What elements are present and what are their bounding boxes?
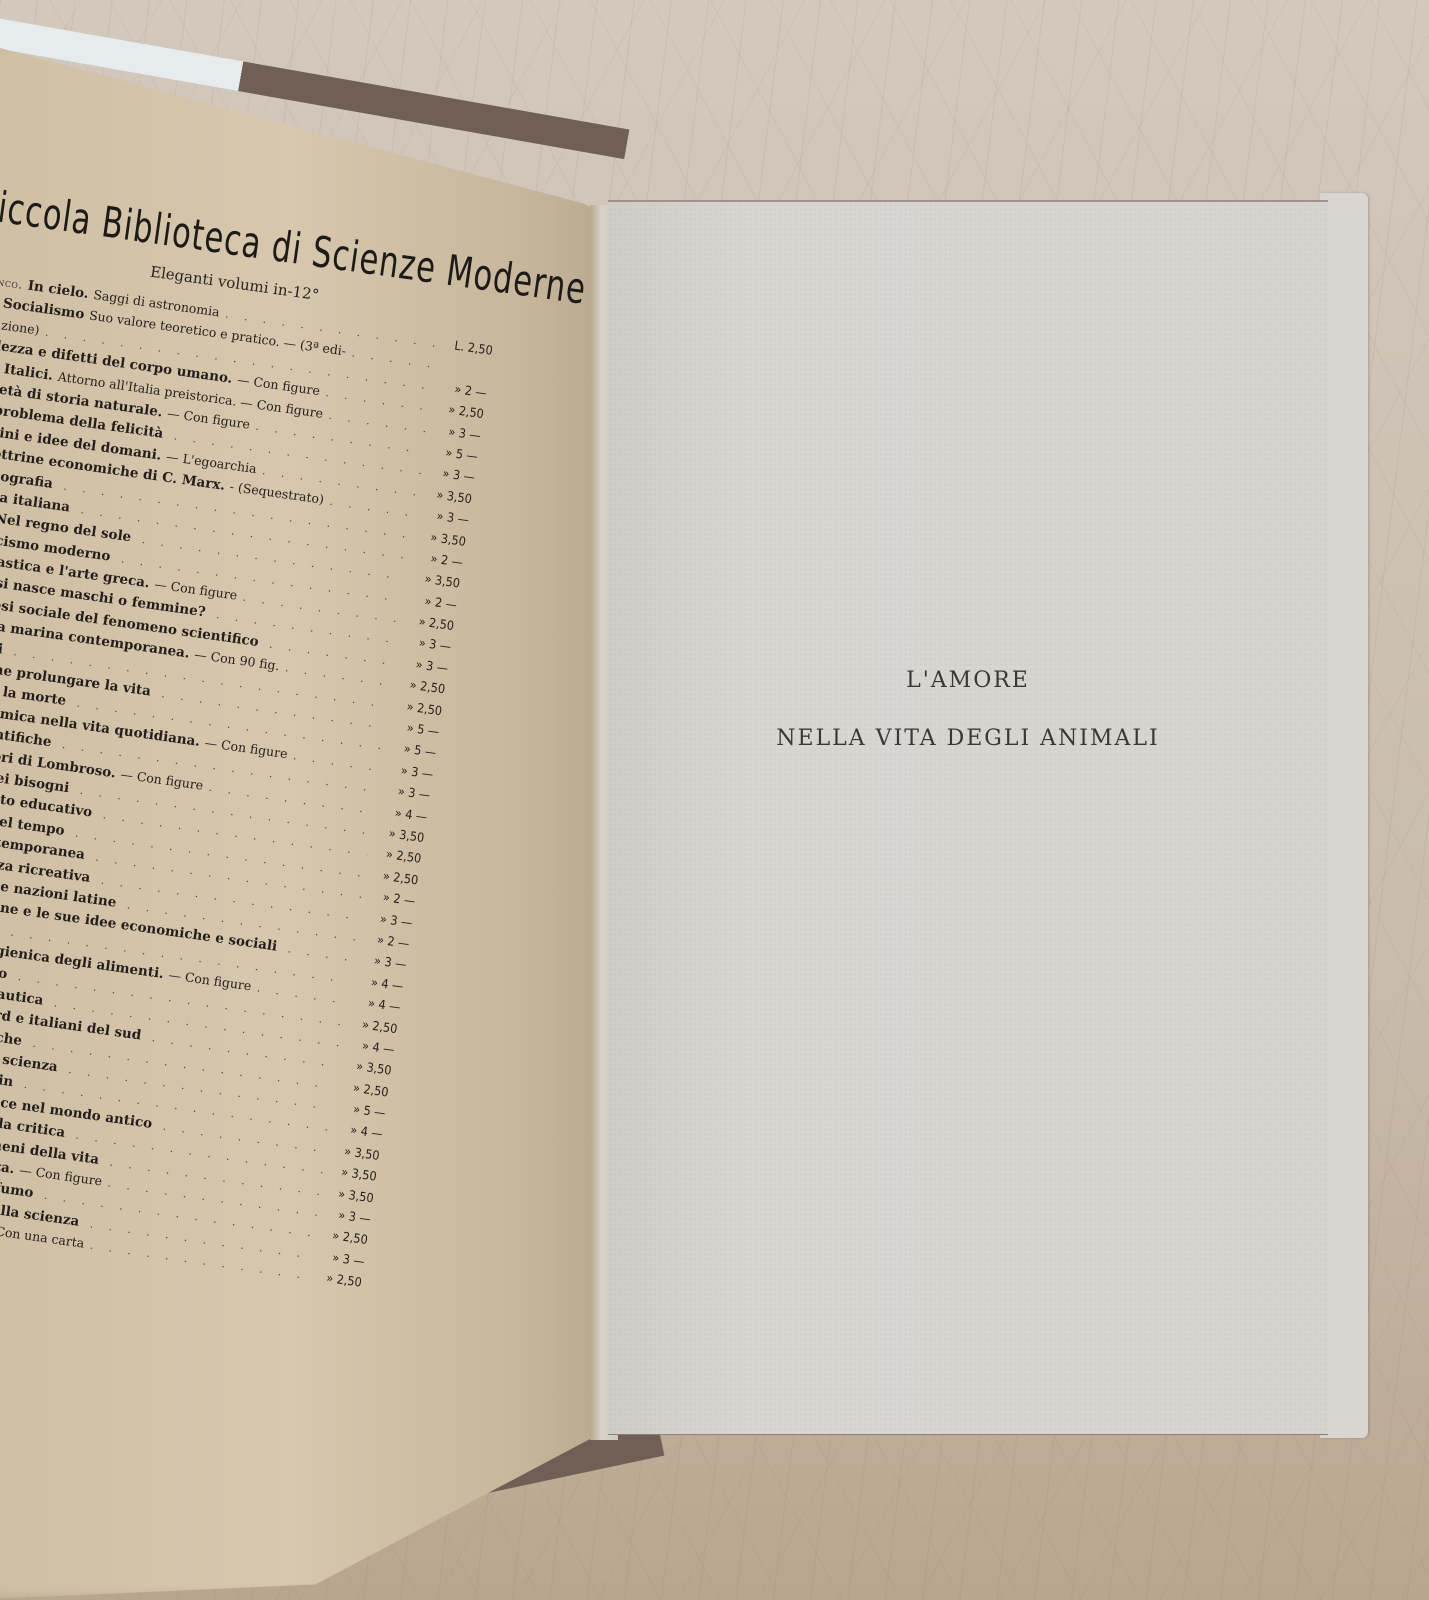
entry-author: anotti-Bianco. [0, 266, 24, 292]
catalog-list: anotti-Bianco.In cielo.Saggi di astronom… [0, 265, 494, 1296]
book-title-line-1: L'AMORE [608, 668, 1328, 693]
flyleaf-page: L'AMORE NELLA VITA DEGLI ANIMALI [608, 200, 1328, 1435]
entry-title: In cielo. [27, 278, 90, 302]
book-title-line-2: NELLA VITA DEGLI ANIMALI [608, 726, 1328, 751]
entry-price [442, 369, 490, 376]
entry-price: L. 2,50 [444, 336, 494, 358]
catalog-page: Piccola Biblioteca di Scienze Moderne El… [0, 40, 610, 1600]
